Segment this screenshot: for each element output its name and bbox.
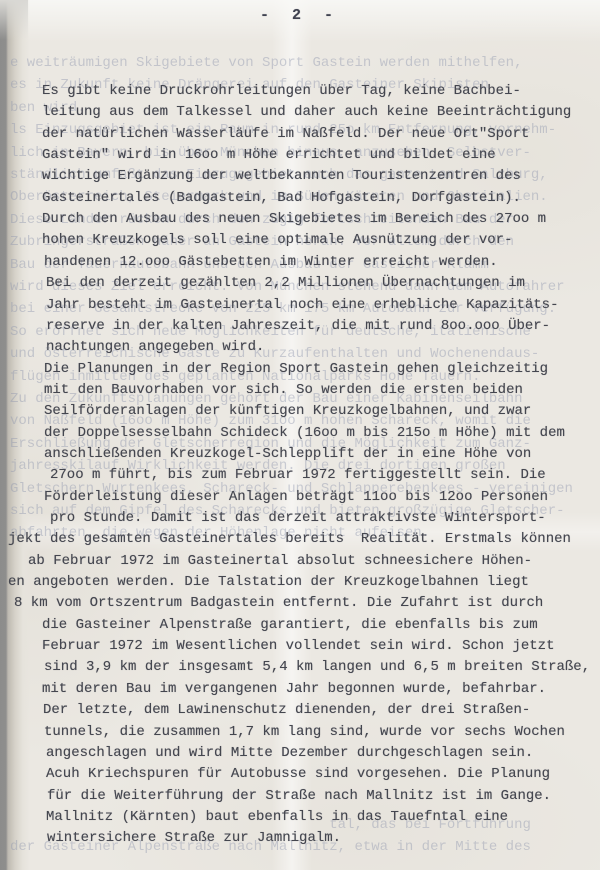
typed-line: reserve in der kalten Jahreszeit, die mi… — [46, 316, 550, 336]
typed-line: handenen 12.ooo Gästebetten im Winter er… — [44, 252, 498, 272]
showthrough-line: e weiträumigen Skigebiete von Sport Gast… — [10, 53, 522, 73]
page-number: - 2 - — [0, 7, 600, 24]
typed-line: Der letzte, dem Lawinenschutz dienenden,… — [43, 700, 530, 720]
typed-line: nachtungen angegeben wird. — [46, 337, 264, 357]
typed-line: Gasteinertales (Badgastein, Bad Hofgaste… — [42, 188, 521, 208]
typed-line: Bei den derzeit gezählten 2,2 Millionen … — [46, 273, 525, 293]
typed-line: sind 3,9 km der insgesamt 5,4 km langen … — [44, 657, 590, 677]
typed-line: Jahr besteht im Gasteinertal noch eine e… — [46, 295, 558, 315]
typed-line: ab Februar 1972 im Gasteinertal absolut … — [28, 551, 532, 571]
typed-line: Gastein" wird in 16oo m Höhe errichtet u… — [42, 145, 496, 165]
typed-line: Durch den Ausbau des neuen Skigebietes i… — [42, 209, 546, 229]
typed-line: angeschlagen und wird Mitte Dezember dur… — [46, 743, 533, 763]
typed-line: en angeboten werden. Die Talstation der … — [8, 572, 529, 592]
typed-line: Es gibt keine Druckrohrleitungen über Ta… — [42, 81, 521, 101]
typed-line: Seilförderanlagen der künftigen Kreuzkog… — [44, 401, 531, 421]
typed-line: 27oo m führt, bis zum Februar 1972 ferti… — [50, 465, 546, 485]
typed-line: wintersichere Straße zur Jamnigalm. — [47, 828, 341, 848]
typed-line: jekt des gesamten Gasteinertales bereits… — [8, 529, 571, 549]
typed-line: anschließenden Kreuzkogel-Schlepplift de… — [44, 444, 531, 464]
typed-line: wichtige Ergänzung der weltbekannten Tou… — [42, 166, 521, 186]
typed-line: der Doppelsesselbahn Schideck (16oo m bi… — [44, 423, 565, 443]
typed-line: der natürlichen Wasserläufe im Naßfeld. … — [42, 124, 529, 144]
typed-line: pro Stunde. Damit ist das derzeit attrak… — [50, 508, 546, 528]
typed-line: Förderleistung dieser Anlagen beträgt 11… — [44, 487, 548, 507]
typed-line: mit deren Bau im vergangenen Jahr begonn… — [42, 679, 546, 699]
scanned-document-page: - 2 - e weiträumigen Skigebiete von Spor… — [0, 0, 600, 870]
typed-line: Acuh Kriechspuren für Autobusse sind vor… — [46, 764, 550, 784]
typed-line: tunnels, die zusammen 1,7 km lang sind, … — [44, 722, 565, 742]
typed-line: 8 km vom Ortszentrum Badgastein entfernt… — [14, 593, 543, 613]
typed-line: Die Planungen in der Region Sport Gastei… — [44, 359, 548, 379]
typed-line: für die Weiterführung der Straße nach Ma… — [47, 786, 551, 806]
typed-line: mit den Bauvorhaben vor sich. So werden … — [44, 380, 523, 400]
typed-line: Mallnitz (Kärnten) baut ebenfalls in das… — [46, 807, 508, 827]
typed-line: hohen Kreuzkogels soll eine optimale Aus… — [42, 230, 512, 250]
typed-line: leitung aus dem Talkessel und daher auch… — [42, 102, 571, 122]
typed-line: Februar 1972 im Wesentlichen vollendet s… — [42, 636, 554, 656]
typed-line: die Gasteiner Alpenstraße garantiert, di… — [42, 615, 538, 635]
